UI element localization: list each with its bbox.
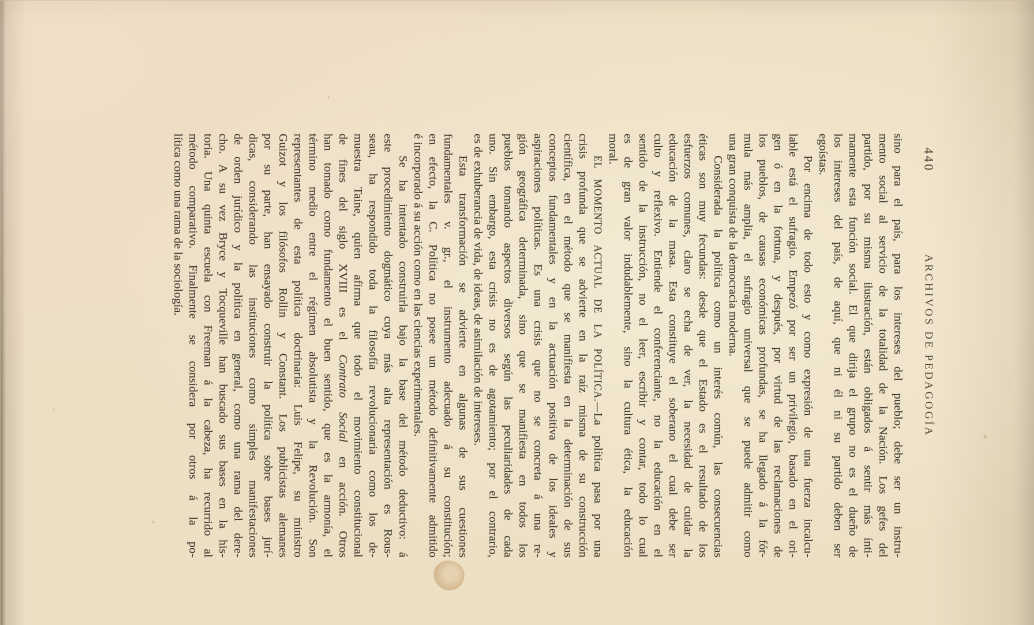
text-line: es de gran valor indudablemente, sino la… [620,133,635,557]
paper-speck [152,520,154,523]
text-line: los pueblos, de causas económicas profun… [755,133,770,557]
paragraph: Considerada la política como un interés … [605,133,725,557]
paper-speck [52,408,54,410]
text-line: científica, en el método que se manifies… [560,133,575,557]
text-line: mula más amplia, el sufragio universal q… [740,133,755,557]
text-line: cho. A su vez Bryce y Tocqueville han bu… [215,133,230,557]
text-line: Por encima de todo esto y como expresión… [800,133,815,557]
text-line: en efecto, la C. Política no posee un mé… [425,133,440,557]
text-line: moral. [605,133,620,557]
paper-speck [512,300,514,302]
text-line: fundamentales v. gr., el instrumento ade… [440,133,455,557]
text-line: gen ó en la fortuna, y después, por virt… [770,133,785,557]
text-line: sino para el país, para los intereses de… [890,133,905,557]
text-line: una gran conquista de la democracia mode… [725,133,740,557]
text-line: es de exhuberancia de vida, de ideas, de… [470,133,485,557]
text-line: crisis profunda que se advierte en la ra… [575,133,590,557]
text-line: pueblos tomando aspectos diversos según … [500,133,515,557]
paragraph: Esta transformación se advierte en algun… [410,133,470,557]
text-line: esfuerzos comunes, claro se echa de ver,… [680,133,695,557]
text-line: los intereses del país, de aquí, que ni … [830,133,845,557]
paragraph: Se ha intentado construirla bajo la base… [170,133,410,557]
text-line: seau, ha respondido toda la filosofía re… [365,133,380,557]
text-line: método comparativo. Finalmente se consid… [185,133,200,557]
text-line: lable está el sufragio. Empezó por ser u… [785,133,800,557]
text-line: mamente esta función social. El que diri… [845,133,860,557]
text-line: de fines del siglo XVIII es el Contrato … [335,133,350,557]
running-head: 440 ARCHIVOS DE PEDAGOGÍA [917,133,935,557]
text-line: dicas, considerando las instituciones co… [245,133,260,557]
text-line: conceptos fundamentales y en la actuació… [545,133,560,557]
text-line: término medio entre el régimen absolutis… [305,133,320,557]
running-title: ARCHIVOS DE PEDAGOGÍA [922,133,934,557]
text-line: muestra Taine, quien afirma que todo el … [350,133,365,557]
paper-speck [327,96,329,98]
text-line: gión geográfica determinada, sino que se… [515,133,530,557]
text-line: é incorporado á su acción como en las ci… [410,133,425,557]
stain-mark [433,560,464,590]
text-line: toria. Una quinta escuela con Freeman á … [200,133,215,557]
text-line: aspiraciones políticas. Es una crisis qu… [530,133,545,557]
text-line: lítica como una rama de la sociología. [170,133,185,557]
paragraph: EL MOMENTO ACTUAL DE LA POLÍTICA.—La pol… [470,133,605,557]
text-line: sentido de la instrucción, no el leer, e… [635,133,650,557]
book-page: 440 ARCHIVOS DE PEDAGOGÍA sino para el p… [0,0,1034,625]
paper-speck [983,434,986,438]
text-line: EL MOMENTO ACTUAL DE LA POLÍTICA.—La pol… [590,133,605,557]
text-line: de orden jurídico y la política en gener… [230,133,245,557]
text-line: egoístas. [815,133,830,557]
paper-speck [772,238,774,240]
text-line: Considerada la política como un interés … [710,133,725,557]
text-line: Se ha intentado construirla bajo la base… [395,133,410,557]
text-line: representantes de esta política doctrina… [290,133,305,557]
text-line: Esta transformación se advierte en algun… [455,133,470,557]
text-line: educación de la masa. Esta constituye el… [665,133,680,557]
text-line: éticas son muy fecundas: desde que el Es… [695,133,710,557]
text-line: Guizot y los filósofos Rollin y Constant… [275,133,290,557]
paragraph: sino para el país, para los intereses de… [815,133,905,557]
text-line: culto y reflexivo. Entiende el conferenc… [650,133,665,557]
text-line: han tomado como fundamento el buen senti… [320,133,335,557]
text-line: por su parte, han ensayado construir la … [260,133,275,557]
text-line: mento social al servicio de la totalidad… [875,133,890,557]
text-line: uno. Sin embargo, esta crisis no es de a… [485,133,500,557]
italic-text: Contrato Social [336,354,350,442]
text-block: sino para el país, para los intereses de… [165,133,905,557]
text-line: este procedimiento dogmático cuya más al… [380,133,395,557]
paragraph: Por encima de todo esto y como expresión… [725,133,815,557]
scan-viewport: 440 ARCHIVOS DE PEDAGOGÍA sino para el p… [0,0,1034,625]
text-line: partido, por su misma ilustración, están… [860,133,875,557]
small-caps-heading: EL MOMENTO ACTUAL DE LA POLÍTICA.— [591,155,602,412]
